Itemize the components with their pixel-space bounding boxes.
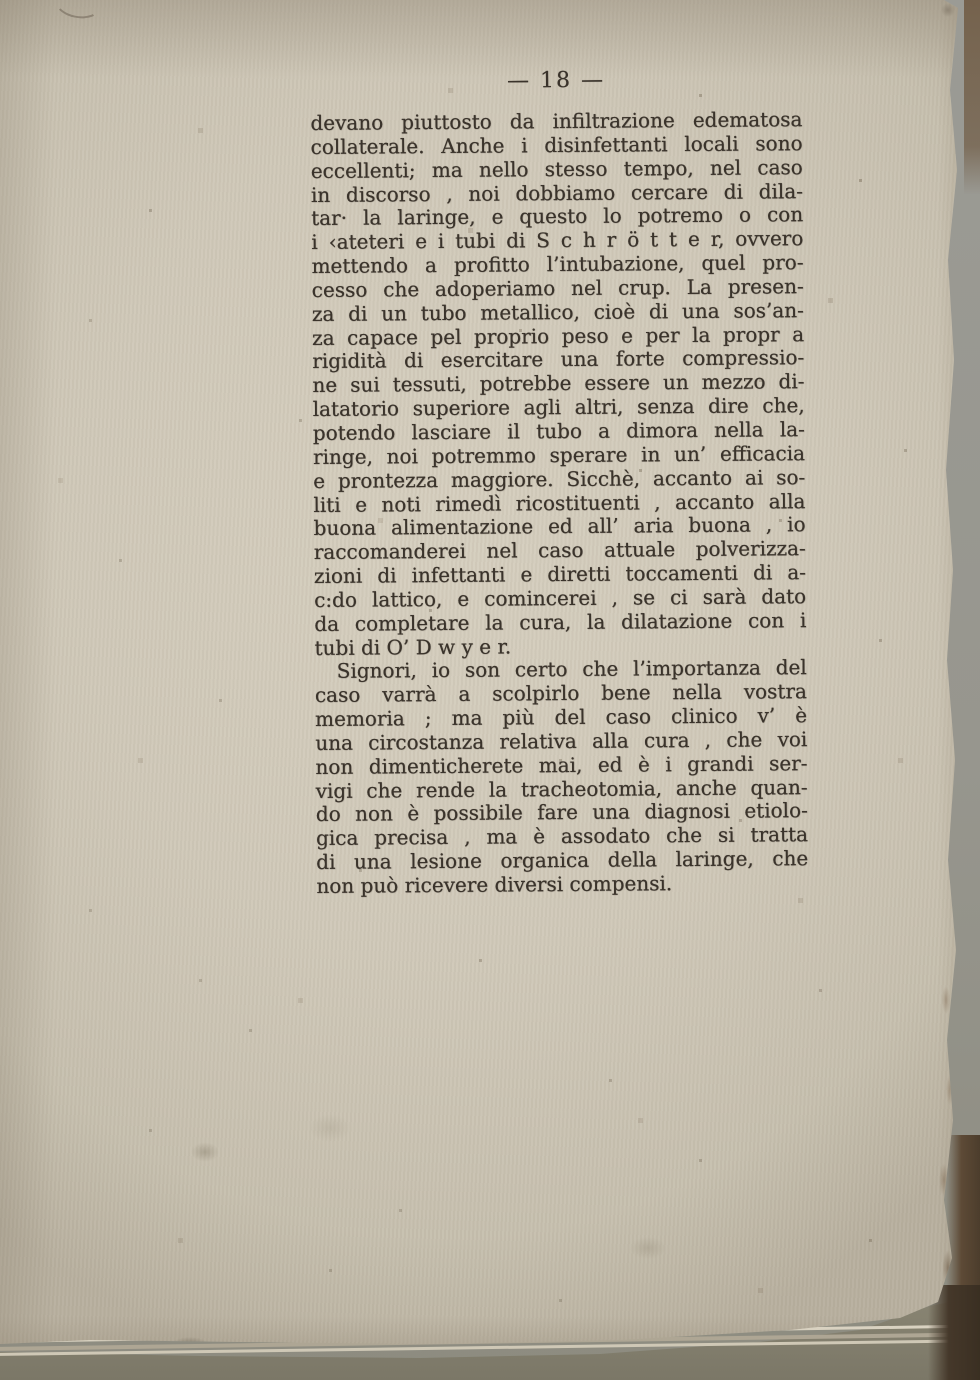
book-page: — 18 — devano piuttosto da infiltrazione… xyxy=(0,0,968,1362)
paper-speckles xyxy=(0,0,1,1)
text-line: da completare la cura, la dilatazione co… xyxy=(314,609,806,637)
page-number: — 18 — xyxy=(310,66,802,98)
scanned-book-page-photo: — 18 — devano piuttosto da infiltrazione… xyxy=(0,0,980,1380)
adjacent-book-edge xyxy=(964,0,980,195)
pencil-mark xyxy=(53,0,103,22)
body-text: devano piuttosto da infiltrazione edemat… xyxy=(310,108,808,899)
text-line: di una lesione organica della laringe, c… xyxy=(316,847,808,875)
text-line: non può ricevere diversi compensi. xyxy=(316,871,808,899)
page-content: — 18 — devano piuttosto da infiltrazione… xyxy=(310,66,808,899)
